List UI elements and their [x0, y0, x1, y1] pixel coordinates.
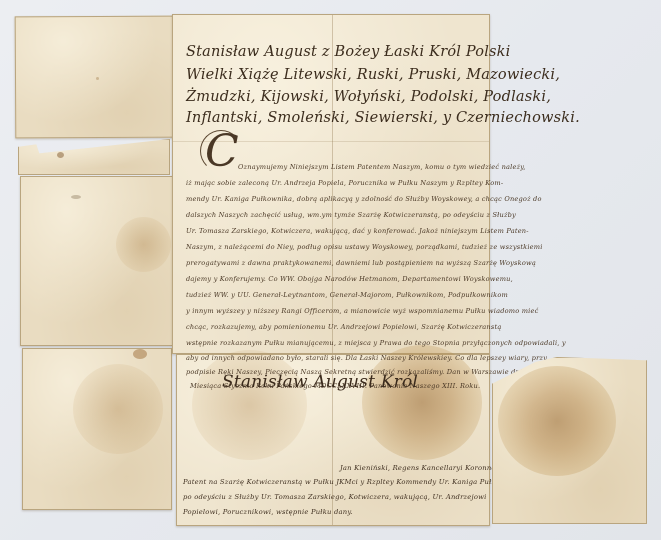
- left-panel-middle: [20, 176, 173, 346]
- body-line: Naszym, z należącemi do Niey, podług opi…: [186, 240, 543, 256]
- body-line: iż mając sobie zaleconą Ur. Andrzeja Pop…: [186, 176, 503, 192]
- foxing-spot: [71, 195, 81, 199]
- seal-stain-detached-fragment: [498, 366, 616, 476]
- heading-line-2: Wielki Xiążę Litewski, Ruski, Pruski, Ma…: [186, 65, 560, 86]
- stain: [116, 217, 171, 272]
- body-line: mendy Ur. Kaniga Pułkownika, dobrą aplik…: [186, 192, 542, 208]
- seal-ghost-stain: [73, 364, 163, 454]
- body-line: dajemy y Konferujemy. Co WW. Obojga Naro…: [186, 272, 513, 288]
- body-line: tudzież WW. y UU. Generał-Leytnantom, Ge…: [186, 288, 508, 304]
- heading-line-3: Żmudzki, Kijowski, Wołyński, Podolski, P…: [186, 87, 551, 108]
- heading-line-1: Stanisław August z Bożey Łaski Król Pols…: [186, 42, 511, 63]
- body-line: chcąc, rozkazujemy, aby pomienionemu Ur.…: [186, 320, 501, 336]
- left-panel-strip: [18, 139, 170, 175]
- caption-line: po odeyściu z Służby Ur. Tomasza Zarskie…: [183, 490, 487, 504]
- body-line: prerogatywami z dawna praktykowanemi, da…: [186, 256, 536, 272]
- caption-line: Popielowi, Porucznikowi, wstępnie Pułku …: [183, 505, 353, 519]
- foxing-spot: [133, 349, 147, 359]
- body-line: y innym wyższey y niższey Rangi Officero…: [186, 304, 538, 320]
- royal-signature: Stanisław August Król: [222, 372, 418, 392]
- body-line: wstępnie rozkazanym Pułku mianującemu, z…: [186, 336, 566, 352]
- left-panel-top: [15, 16, 176, 139]
- caption-line: Patent na Szarżę Kotwiczeranstą w Pułku …: [183, 475, 540, 489]
- foxing-spot: [57, 152, 64, 158]
- body-line: dalszych Naszych zachęcić usług, wm.ym t…: [186, 208, 516, 224]
- detached-fragment: [492, 357, 647, 524]
- initial-letter: C: [205, 126, 239, 177]
- body-line: Ur. Tomasza Zarskiego, Kotwiczera, wakuj…: [186, 224, 529, 240]
- left-panel-bottom: [22, 348, 172, 510]
- body-line: Oznaymujemy Niniejszym Listem Patentem N…: [238, 160, 526, 176]
- foxing-spot: [96, 77, 99, 80]
- heading-line-4: Inflantski, Smoleński, Siewierski, y Cze…: [186, 108, 580, 129]
